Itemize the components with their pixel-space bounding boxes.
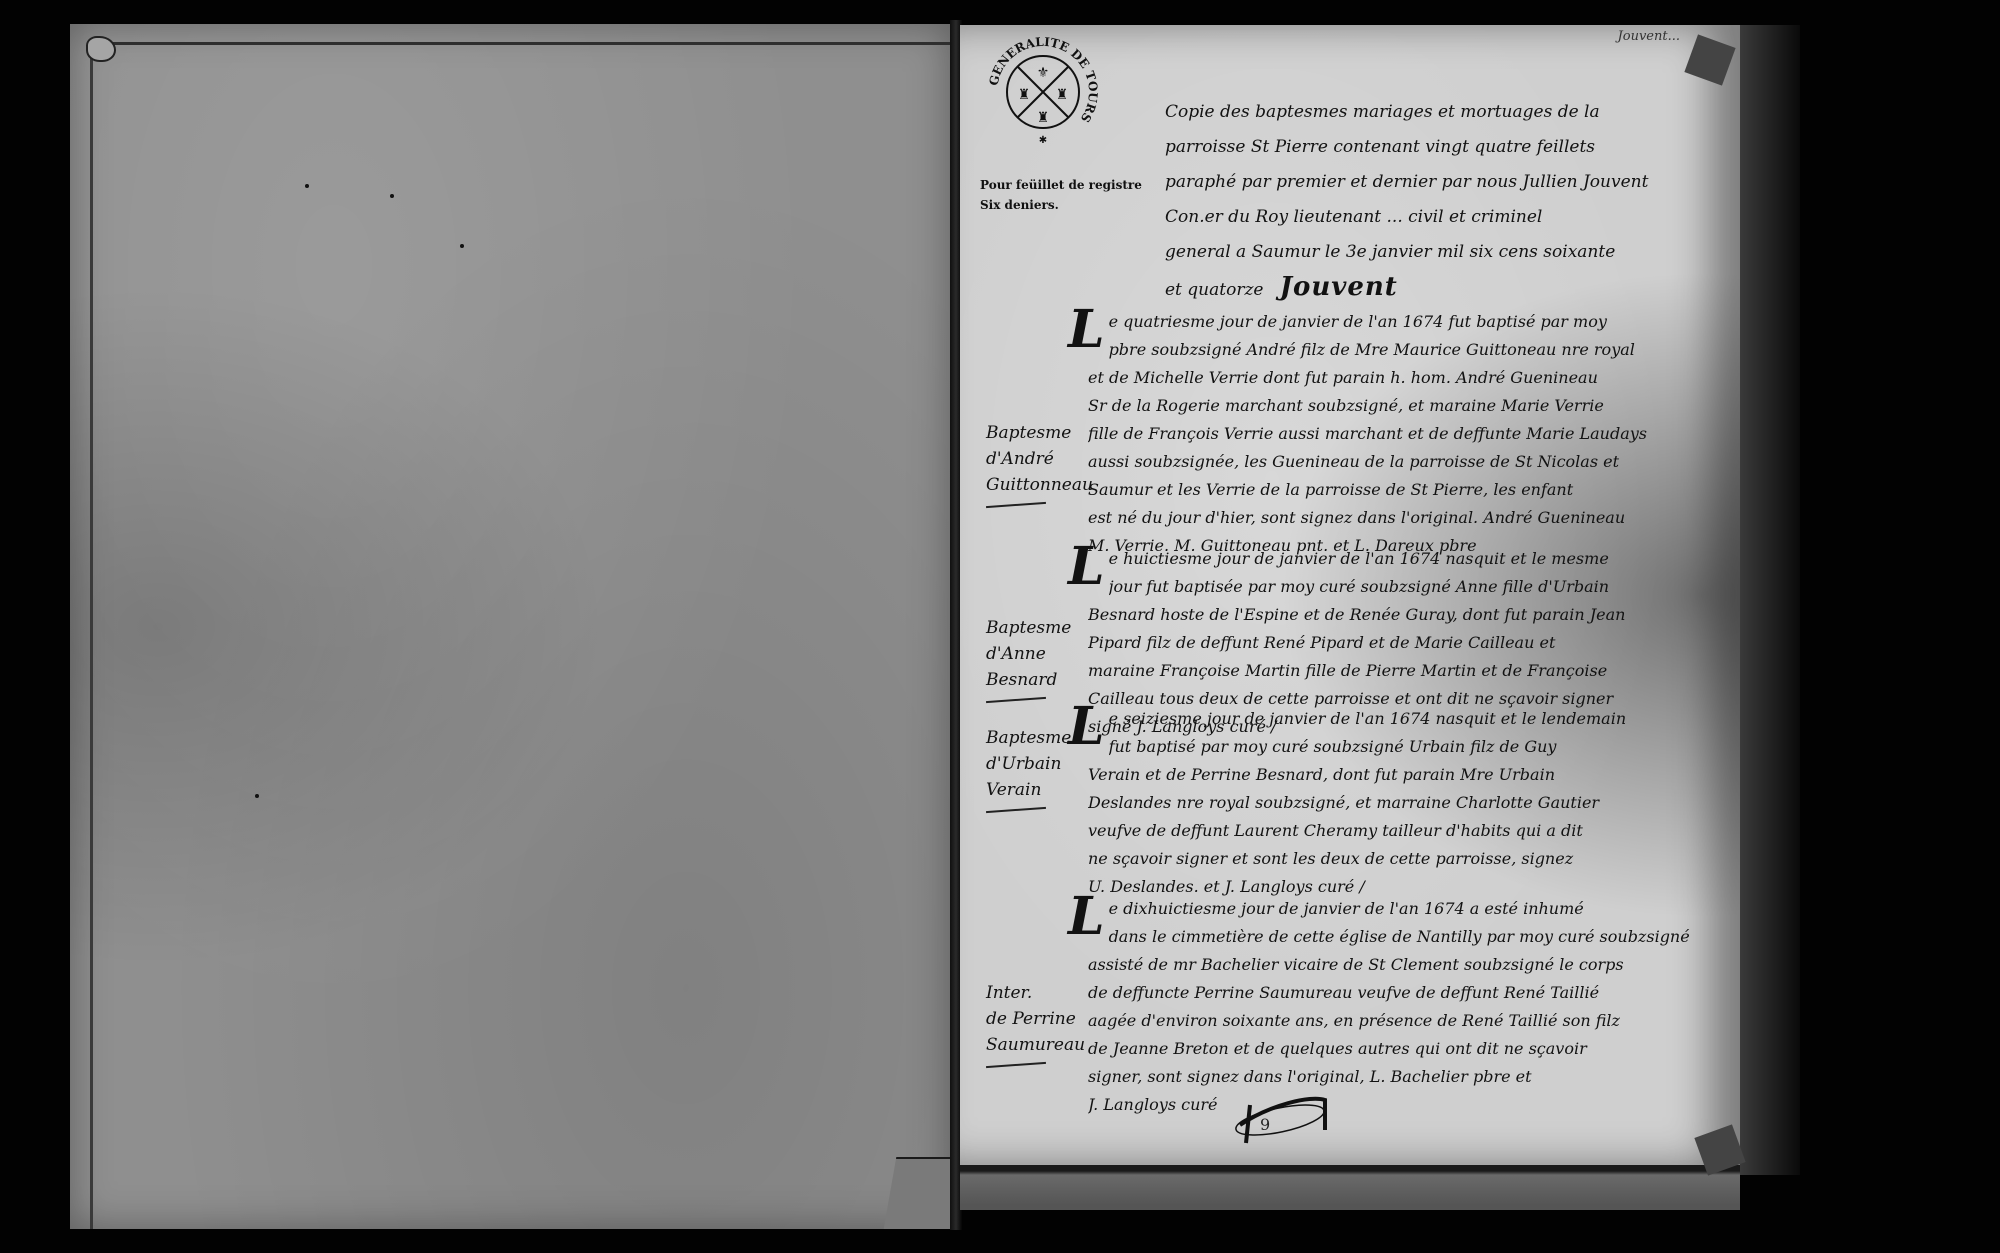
generalite-stamp-icon: GENERALITE DE TOURS ⚜ ♜ ♜ ♜ ✱: [988, 37, 1098, 147]
header-line: et quatorze Jouvent: [1165, 270, 1725, 308]
entry-line: aussi soubzsignée, les Guenineau de la p…: [1088, 448, 1718, 476]
margin-label-line: Besnard: [986, 667, 1086, 693]
stamp-caption-line1: Pour feüillet de registre: [980, 175, 1142, 195]
margin-label-line: Inter.: [986, 980, 1086, 1006]
margin-label-line: Guittonneau: [986, 472, 1086, 498]
entry-line: e dixhuictiesme jour de janvier de l'an …: [1109, 895, 1718, 923]
drop-cap: L: [1068, 545, 1105, 589]
svg-text:⚜: ⚜: [1037, 66, 1050, 81]
entry-line: de Jeanne Breton et de quelques autres q…: [1088, 1035, 1718, 1063]
folio-number: 9: [1260, 1115, 1270, 1134]
entry-line: Besnard hoste de l'Espine et de Renée Gu…: [1088, 601, 1718, 629]
paraph-flourish-icon: [1230, 1085, 1350, 1145]
right-page-register: Jouvent... GENERALITE DE TOURS ⚜ ♜ ♜ ♜ ✱…: [960, 25, 1740, 1165]
magistrate-signature: Jouvent: [1280, 272, 1398, 302]
entry-line: signer, sont signez dans l'original, L. …: [1088, 1063, 1718, 1091]
margin-label-entry-1: Baptesme d'André Guittonneau: [986, 420, 1086, 506]
header-line: Con.er du Roy lieutenant ... civil et cr…: [1165, 200, 1725, 235]
entry-line: pbre soubzsigné André filz de Mre Mauric…: [1109, 336, 1718, 364]
entry-line: jour fut baptisée par moy curé soubzsign…: [1109, 573, 1718, 601]
right-page-bottom-edge: [960, 1165, 1740, 1210]
margin-label-line: Baptesme: [986, 615, 1086, 641]
stamp-caption: Pour feüillet de registre Six deniers.: [980, 175, 1142, 215]
margin-rule: [986, 502, 1046, 508]
svg-text:♜: ♜: [1018, 88, 1031, 103]
register-entry-4: L e dixhuictiesme jour de janvier de l'a…: [1088, 895, 1718, 1119]
drop-cap: L: [1068, 895, 1105, 939]
margin-label-line: Saumureau: [986, 1032, 1086, 1058]
entry-line: maraine Françoise Martin fille de Pierre…: [1088, 657, 1718, 685]
header-line: paraphé par premier et dernier par nous …: [1165, 165, 1725, 200]
header-line: general a Saumur le 3e janvier mil six c…: [1165, 235, 1725, 270]
svg-text:♜: ♜: [1037, 111, 1050, 126]
entry-line: Verain et de Perrine Besnard, dont fut p…: [1088, 761, 1718, 789]
drop-cap: L: [1068, 705, 1105, 749]
ink-speck: [460, 244, 464, 248]
register-header: Copie des baptesmes mariages et mortuage…: [1165, 95, 1725, 308]
corner-tab: [86, 36, 116, 62]
page-edge-line: [90, 42, 950, 1229]
entry-line: assisté de mr Bachelier vicaire de St Cl…: [1088, 951, 1718, 979]
register-scan: Jouvent... GENERALITE DE TOURS ⚜ ♜ ♜ ♜ ✱…: [0, 0, 2000, 1253]
margin-label-line: d'André: [986, 446, 1086, 472]
entry-line: fille de François Verrie aussi marchant …: [1088, 420, 1718, 448]
entry-line: Sr de la Rogerie marchant soubzsigné, et…: [1088, 392, 1718, 420]
svg-text:♜: ♜: [1056, 88, 1069, 103]
entry-line: Deslandes nre royal soubzsigné, et marra…: [1088, 789, 1718, 817]
margin-label-line: Baptesme: [986, 420, 1086, 446]
register-entry-3: L e seiziesme jour de janvier de l'an 16…: [1088, 705, 1718, 901]
entry-line: et de Michelle Verrie dont fut parain h.…: [1088, 364, 1718, 392]
entry-line: Pipard filz de deffunt René Pipard et de…: [1088, 629, 1718, 657]
margin-label-entry-4: Inter. de Perrine Saumureau: [986, 980, 1086, 1066]
margin-rule: [986, 697, 1046, 703]
entry-line: e quatriesme jour de janvier de l'an 167…: [1109, 308, 1718, 336]
margin-label-line: Verain: [986, 777, 1086, 803]
margin-label-line: de Perrine: [986, 1006, 1086, 1032]
entry-line: ne sçavoir signer et sont les deux de ce…: [1088, 845, 1718, 873]
right-page-shadow: [1740, 25, 1800, 1175]
entry-line: e huictiesme jour de janvier de l'an 167…: [1109, 545, 1718, 573]
header-line: parroisse St Pierre contenant vingt quat…: [1165, 130, 1725, 165]
entry-line: est né du jour d'hier, sont signez dans …: [1088, 504, 1718, 532]
entry-line: veufve de deffunt Laurent Cheramy taille…: [1088, 817, 1718, 845]
ink-speck: [390, 194, 394, 198]
drop-cap: L: [1068, 308, 1105, 352]
entry-line: J. Langloys curé: [1088, 1091, 1718, 1119]
ink-speck: [255, 794, 259, 798]
top-right-note: Jouvent...: [1618, 29, 1680, 44]
entry-line: fut baptisé par moy curé soubzsigné Urba…: [1109, 733, 1718, 761]
header-line: Copie des baptesmes mariages et mortuage…: [1165, 95, 1725, 130]
entry-line: Saumur et les Verrie de la parroisse de …: [1088, 476, 1718, 504]
margin-rule: [986, 807, 1046, 813]
svg-text:✱: ✱: [1039, 135, 1047, 146]
margin-rule: [986, 1062, 1046, 1068]
entry-line: dans le cimmetière de cette église de Na…: [1109, 923, 1718, 951]
register-entry-1: L e quatriesme jour de janvier de l'an 1…: [1088, 308, 1718, 560]
margin-label-entry-2: Baptesme d'Anne Besnard: [986, 615, 1086, 701]
entry-line: de deffuncte Perrine Saumureau veufve de…: [1088, 979, 1718, 1007]
stamp-caption-line2: Six deniers.: [980, 195, 1142, 215]
margin-label-line: d'Anne: [986, 641, 1086, 667]
header-line-end: et quatorze: [1165, 280, 1263, 300]
left-page-blank: [70, 24, 950, 1229]
ink-speck: [305, 184, 309, 188]
entry-line: aagée d'environ soixante ans, en présenc…: [1088, 1007, 1718, 1035]
entry-line: e seiziesme jour de janvier de l'an 1674…: [1109, 705, 1718, 733]
